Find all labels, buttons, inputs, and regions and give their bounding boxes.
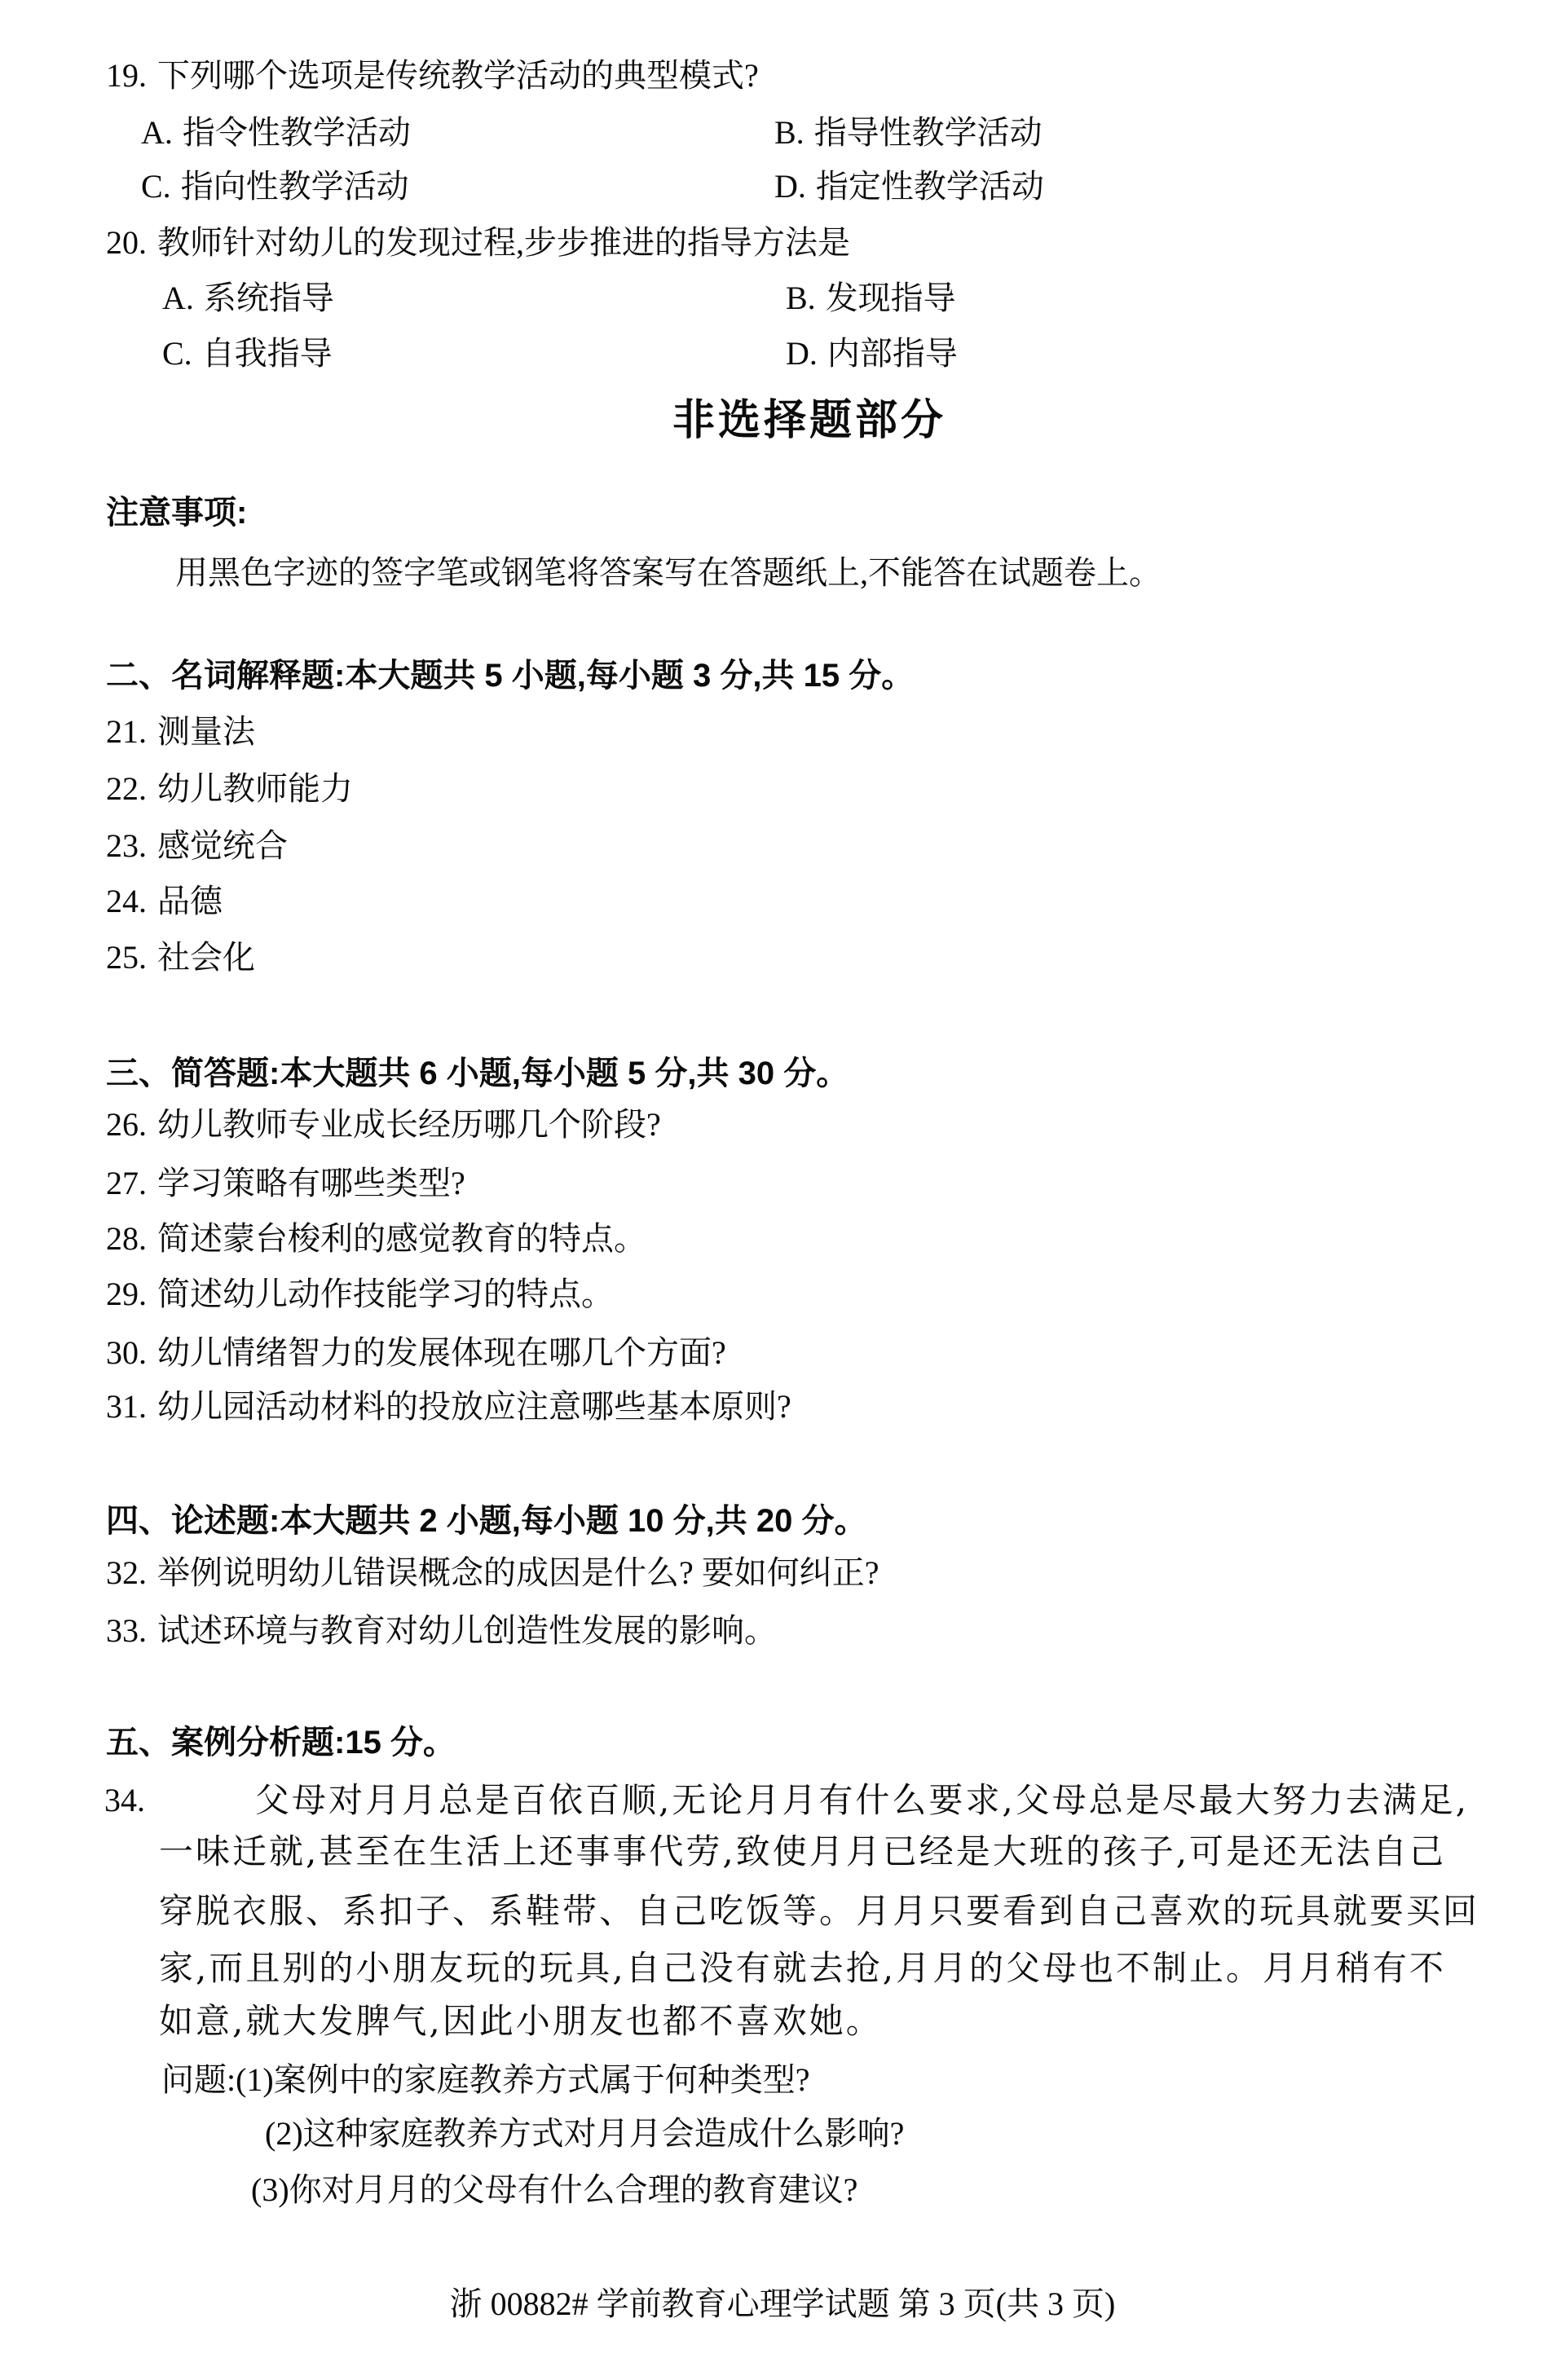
q20-option-a-text: 系统指导 [204,280,334,316]
section-2-heading: 二、名词解释题:本大题共 5 小题,每小题 3 分,共 15 分。 [106,657,914,694]
question-34-number: 34. [104,1780,145,1821]
notice-label: 注意事项: [106,494,247,531]
question-26: 26.幼儿教师专业成长经历哪几个阶段? [106,1106,661,1144]
q19-option-d: D.指定性教学活动 [774,168,1044,205]
question-32: 32.举例说明幼儿错误概念的成因是什么? 要如何纠正? [106,1554,879,1592]
question-20-stem: 教师针对幼儿的发现过程,步步推进的指导方法是 [157,224,850,261]
question-29: 29.简述幼儿动作技能学习的特点。 [106,1276,614,1313]
question-29-text: 简述幼儿动作技能学习的特点。 [157,1276,614,1312]
question-19-number: 19. [106,57,147,95]
section-5-heading: 五、案例分析题:15 分。 [106,1724,456,1761]
question-27-text: 学习策略有哪些类型? [157,1165,465,1201]
question-22-number: 22. [106,770,147,808]
case-text-line-2: 一味迁就,甚至在生活上还事事代劳,致使月月已经是大班的孩子,可是还无法自己 [159,1831,1446,1872]
question-21-number: 21. [106,713,147,751]
q19-option-a-text: 指令性教学活动 [183,114,411,151]
question-24-number: 24. [106,883,147,920]
exam-paper-page: 19.下列哪个选项是传统教学活动的典型模式? A.指令性教学活动 B.指导性教学… [0,0,1565,2380]
q20-option-c-label: C. [162,335,192,372]
question-23: 23.感觉统合 [106,827,288,865]
q19-option-c-text: 指向性教学活动 [181,168,409,205]
question-32-number: 32. [106,1554,147,1592]
question-32-text: 举例说明幼儿错误概念的成因是什么? 要如何纠正? [157,1554,879,1591]
question-33-number: 33. [106,1612,147,1650]
question-28-number: 28. [106,1220,147,1258]
question-28: 28.简述蒙台梭利的感觉教育的特点。 [106,1220,646,1258]
question-30-number: 30. [106,1334,147,1372]
question-33-text: 试述环境与教育对幼儿创造性发展的影响。 [157,1612,777,1649]
q19-option-c-label: C. [141,168,171,205]
question-28-text: 简述蒙台梭利的感觉教育的特点。 [157,1220,646,1257]
q19-option-a-label: A. [141,114,173,152]
q20-option-d: D.内部指导 [786,335,958,372]
question-24-text: 品德 [157,883,223,919]
question-22: 22.幼儿教师能力 [106,770,353,808]
question-29-number: 29. [106,1276,147,1313]
question-22-text: 幼儿教师能力 [157,770,353,807]
question-27: 27.学习策略有哪些类型? [106,1165,465,1202]
question-31: 31.幼儿园活动材料的投放应注意哪些基本原则? [106,1388,791,1426]
question-26-text: 幼儿教师专业成长经历哪几个阶段? [157,1106,661,1143]
q20-option-c-text: 自我指导 [202,335,333,372]
q20-option-d-text: 内部指导 [827,335,958,372]
case-text-line-1: 父母对月月总是百依百顺,无论月月有什么要求,父母总是尽最大努力去满足, [255,1780,1469,1821]
q19-option-d-label: D. [774,168,806,205]
question-20-stem-line: 20.教师针对幼儿的发现过程,步步推进的指导方法是 [106,224,850,262]
q19-option-b: B.指导性教学活动 [774,114,1043,152]
section-3-heading: 三、简答题:本大题共 6 小题,每小题 5 分,共 30 分。 [106,1055,849,1092]
question-25-text: 社会化 [157,939,255,976]
case-question-1: 问题:(1)案例中的家庭教养方式属于何种类型? [161,2061,810,2099]
question-21: 21.测量法 [106,713,255,751]
q20-option-b-text: 发现指导 [826,280,956,316]
case-question-2: (2)这种家庭教养方式对月月会造成什么影响? [265,2115,904,2153]
q19-option-b-label: B. [774,114,805,152]
question-21-text: 测量法 [157,713,255,750]
q19-option-b-text: 指导性教学活动 [814,114,1043,151]
question-25-number: 25. [106,939,147,976]
question-19-stem: 下列哪个选项是传统教学活动的典型模式? [157,57,759,94]
question-20-number: 20. [106,224,147,262]
q20-option-d-label: D. [786,335,818,372]
case-question-3: (3)你对月月的父母有什么合理的教育建议? [251,2171,857,2209]
question-23-text: 感觉统合 [157,827,288,864]
question-33: 33.试述环境与教育对幼儿创造性发展的影响。 [106,1612,777,1650]
question-24: 24.品德 [106,883,223,920]
case-text-line-3: 穿脱衣服、系扣子、系鞋带、自己吃饭等。月月只要看到自己喜欢的玩具就要买回 [159,1891,1479,1932]
question-25: 25.社会化 [106,939,255,976]
notice-text: 用黑色字迹的签字笔或钢笔将答案写在答题纸上,不能答在试题卷上。 [175,554,1162,592]
page-footer: 浙 00882# 学前教育心理学试题 第 3 页(共 3 页) [0,2285,1565,2323]
case-text-line-4: 家,而且别的小朋友玩的玩具,自己没有就去抢,月月的父母也不制止。月月稍有不 [159,1948,1446,1989]
q20-option-b: B.发现指导 [786,280,956,317]
q20-option-a: A.系统指导 [162,280,334,317]
q20-option-a-label: A. [162,280,194,317]
section-4-heading: 四、论述题:本大题共 2 小题,每小题 10 分,共 20 分。 [106,1502,866,1540]
question-30: 30.幼儿情绪智力的发展体现在哪几个方面? [106,1334,726,1372]
question-30-text: 幼儿情绪智力的发展体现在哪几个方面? [157,1334,726,1371]
question-26-number: 26. [106,1106,147,1144]
question-23-number: 23. [106,827,147,865]
q19-option-d-text: 指定性教学活动 [816,168,1044,205]
question-31-text: 幼儿园活动材料的投放应注意哪些基本原则? [157,1388,791,1425]
q19-option-a: A.指令性教学活动 [141,114,411,152]
q20-option-b-label: B. [786,280,816,317]
non-mcq-section-title: 非选择题部分 [672,397,946,444]
case-text-line-5: 如意,就大发脾气,因此小朋友也都不喜欢她。 [159,2001,883,2042]
question-19-stem-line: 19.下列哪个选项是传统教学活动的典型模式? [106,57,759,95]
q20-option-c: C.自我指导 [162,335,333,372]
q19-option-c: C.指向性教学活动 [141,168,409,205]
question-27-number: 27. [106,1165,147,1202]
question-31-number: 31. [106,1388,147,1426]
